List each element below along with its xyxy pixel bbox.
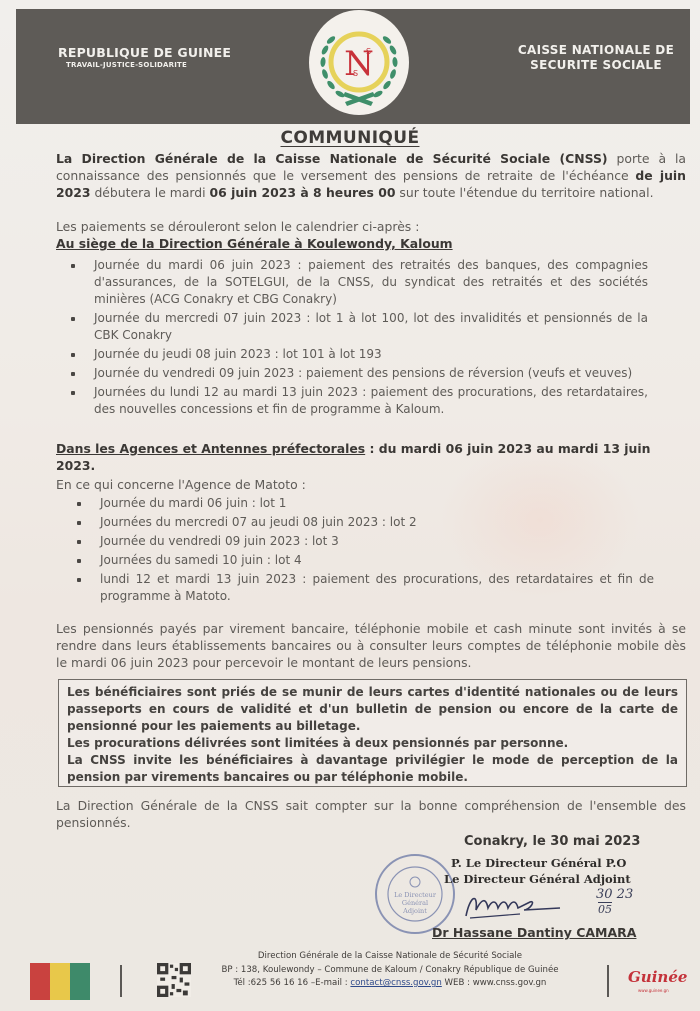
guinee-brand-logo: Guinée <box>628 968 687 986</box>
guinea-flag-icon <box>30 963 90 1000</box>
org-name-line1: CAISSE NATIONALE DE <box>506 43 686 58</box>
list-item: Journées du samedi 10 juin : lot 4 <box>74 552 654 569</box>
laurel-logo-icon: N S S <box>309 10 409 115</box>
handwritten-signature-icon <box>460 888 570 922</box>
header-right: CAISSE NATIONALE DE SECURITE SOCIALE <box>506 43 686 73</box>
flag-stripe-green <box>70 963 90 1000</box>
section1-heading-text: Au siège de la Direction Générale à Koul… <box>56 236 453 251</box>
banking-paragraph: Les pensionnés payés par virement bancai… <box>56 620 686 671</box>
svg-text:S: S <box>366 47 371 56</box>
svg-text:Adjoint: Adjoint <box>402 907 427 915</box>
section1-heading: Au siège de la Direction Générale à Koul… <box>56 235 686 252</box>
title-text: COMMUNIQUÉ <box>281 128 420 148</box>
section2-heading: Dans les Agences et Antennes préfectoral… <box>56 440 686 474</box>
footer-divider <box>607 965 609 997</box>
flag-stripe-red <box>30 963 50 1000</box>
list-item: lundi 12 et mardi 13 juin 2023 : paiemen… <box>74 571 654 605</box>
footer-phone: Tél :625 56 16 16 –E-mail : <box>234 978 351 988</box>
guinee-brand-url: www.guinee.gn <box>638 988 669 993</box>
official-stamp-icon: Le Directeur Général Adjoint <box>373 852 457 936</box>
list-item: Journée du jeudi 08 juin 2023 : lot 101 … <box>68 346 648 363</box>
handwritten-date-bottom: 05 <box>598 902 612 917</box>
notice-line2: Les procurations délivrées sont limitées… <box>67 735 678 752</box>
country-motto: TRAVAIL-JUSTICE-SOLIDARITE <box>66 61 231 69</box>
list-item: Journée du mercredi 07 juin 2023 : lot 1… <box>68 310 648 344</box>
svg-text:Général: Général <box>402 899 428 907</box>
section2-heading-underlined: Dans les Agences et Antennes préfectoral… <box>56 441 365 456</box>
intro-text3: sur toute l'étendue du territoire nation… <box>395 185 653 200</box>
list-item: Journées du lundi 12 au mardi 13 juin 20… <box>68 384 648 418</box>
notice-line1: Les bénéficiaires sont priés de se munir… <box>67 684 678 735</box>
notice-box: Les bénéficiaires sont priés de se munir… <box>58 679 687 787</box>
cnss-logo: N S S <box>309 10 409 115</box>
list-item: Journée du mardi 06 juin : lot 1 <box>74 495 654 512</box>
svg-text:S: S <box>353 69 358 78</box>
country-name: REPUBLIQUE DE GUINEE <box>58 45 231 60</box>
footer-divider <box>120 965 122 997</box>
page-title: COMMUNIQUÉ <box>0 128 700 148</box>
handwritten-date: 30 23 05 <box>596 888 633 917</box>
list-item: Journée du vendredi 09 juin 2023 : lot 3 <box>74 533 654 550</box>
qr-code-icon[interactable] <box>157 963 191 997</box>
flag-stripe-yellow <box>50 963 70 1000</box>
closing-paragraph: La Direction Générale de la CNSS sait co… <box>56 797 686 831</box>
footer-contact: Direction Générale de la Caisse National… <box>195 950 585 991</box>
list-item: Journée du vendredi 09 juin 2023 : paiem… <box>68 365 648 382</box>
list-item: Journée du mardi 06 juin 2023 : paiement… <box>68 257 648 308</box>
calendar-line: Les paiements se dérouleront selon le ca… <box>56 218 686 235</box>
intro-bold-date: 06 juin 2023 à 8 heures 00 <box>210 185 396 200</box>
footer-org: Direction Générale de la Caisse National… <box>195 950 585 964</box>
section2-list: Journée du mardi 06 juin : lot 1 Journée… <box>74 495 654 607</box>
intro-bold-org: La Direction Générale de la Caisse Natio… <box>56 151 608 166</box>
matoto-intro: En ce qui concerne l'Agence de Matoto : <box>56 477 306 492</box>
section1-list: Journée du mardi 06 juin 2023 : paiement… <box>68 257 648 420</box>
signatory-line2: Le Directeur Général Adjoint <box>444 872 631 886</box>
place-date: Conakry, le 30 mai 2023 <box>464 834 640 849</box>
intro-paragraph: La Direction Générale de la Caisse Natio… <box>56 150 686 201</box>
notice-line3: La CNSS invite les bénéficiaires à davan… <box>67 752 678 786</box>
signatory-line1: P. Le Directeur Général P.O <box>451 856 626 870</box>
footer-address: BP : 138, Koulewondy – Commune de Kaloum… <box>195 964 585 978</box>
handwritten-date-top: 30 23 <box>596 888 633 902</box>
document-page: REPUBLIQUE DE GUINEE TRAVAIL-JUSTICE-SOL… <box>0 0 700 1011</box>
list-item: Journées du mercredi 07 au jeudi 08 juin… <box>74 514 654 531</box>
footer-web: WEB : www.cnss.gov.gn <box>442 978 547 988</box>
svg-text:Le Directeur: Le Directeur <box>394 891 437 899</box>
org-name-line2: SECURITE SOCIALE <box>506 58 686 73</box>
signatory-name: Dr Hassane Dantiny CAMARA <box>432 925 636 940</box>
footer-email-link[interactable]: contact@cnss.gov.gn <box>350 978 441 988</box>
intro-text2: débutera le mardi <box>91 185 210 200</box>
footer-contacts: Tél :625 56 16 16 –E-mail : contact@cnss… <box>195 977 585 991</box>
header-left: REPUBLIQUE DE GUINEE TRAVAIL-JUSTICE-SOL… <box>58 45 231 69</box>
